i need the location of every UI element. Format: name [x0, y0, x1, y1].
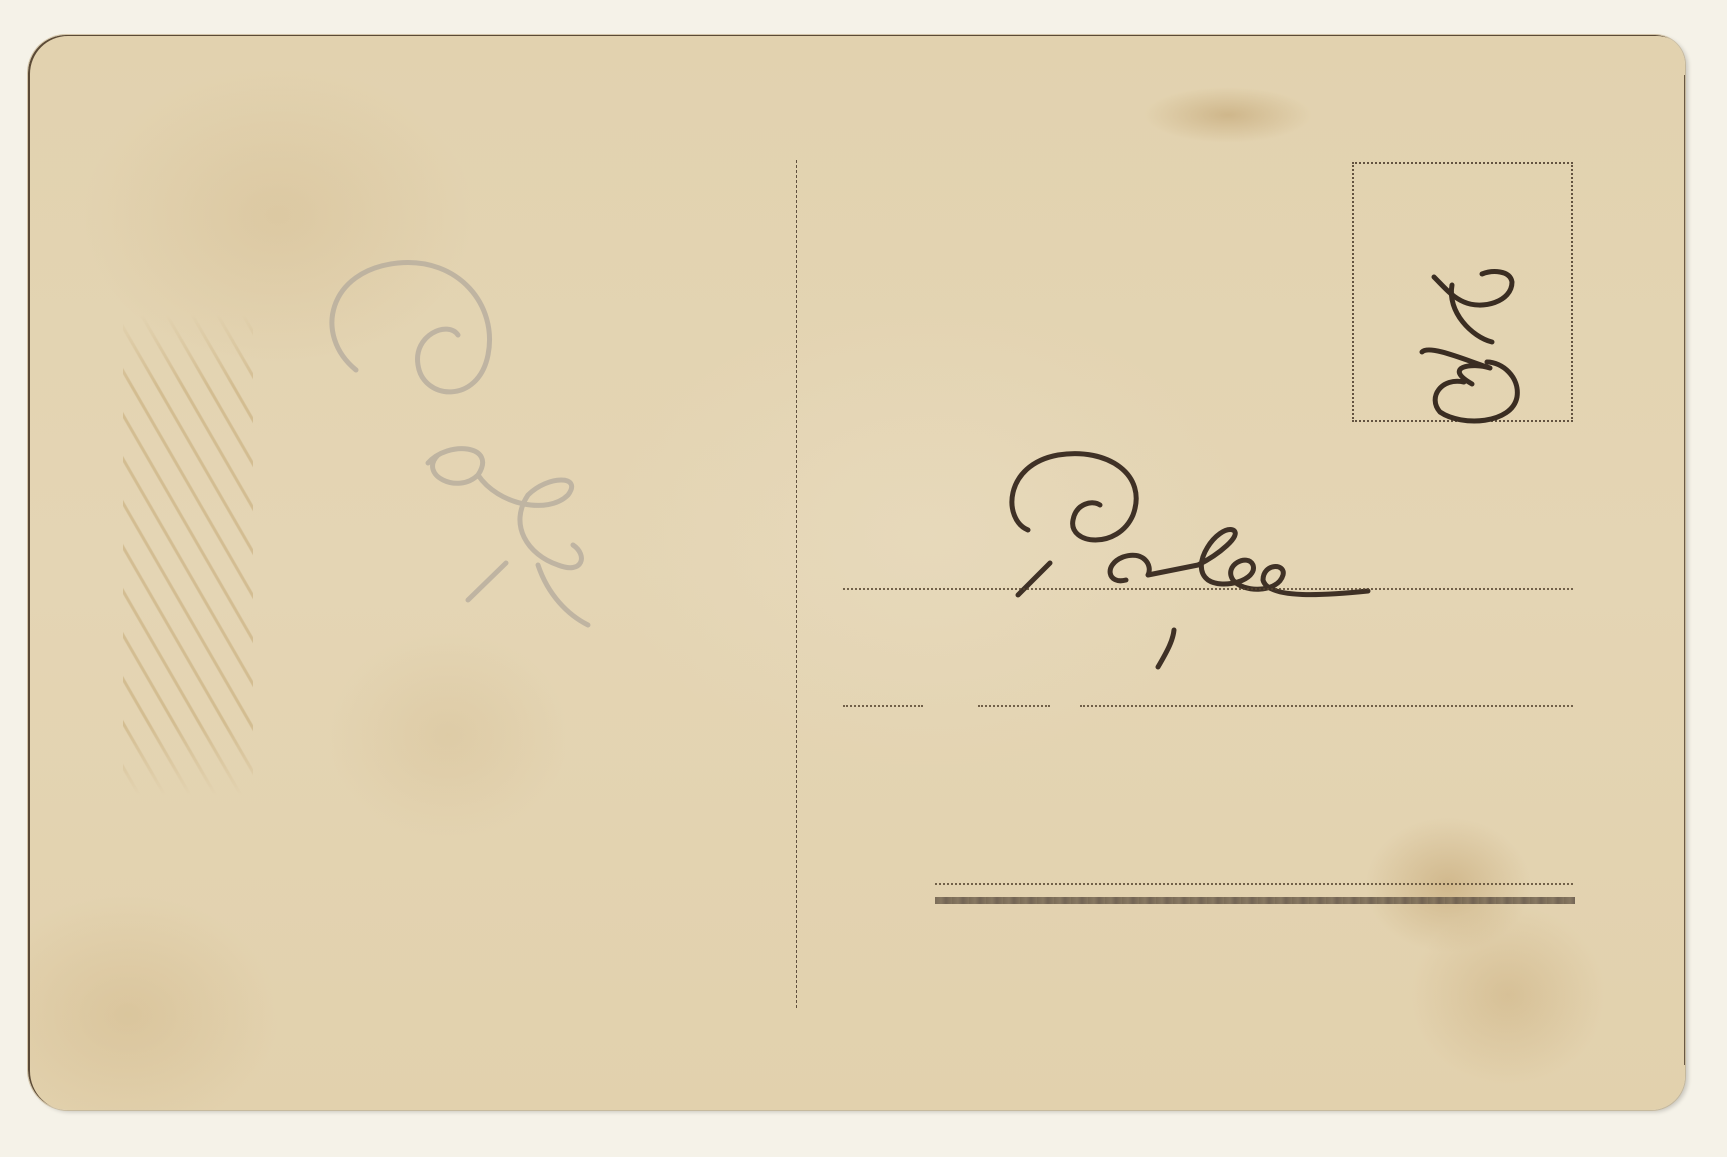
- address-line-2-segment-b: [978, 705, 1050, 707]
- address-line-2-segment-a: [843, 705, 923, 707]
- address-underline-bar: [935, 897, 1575, 904]
- address-line-1: [843, 588, 1573, 590]
- scan-background: Pola 50: [0, 0, 1727, 1157]
- address-line-2-segment-c: [1080, 705, 1573, 707]
- postcard: Pola 50: [28, 35, 1685, 1110]
- recipient-handwriting: [28, 35, 1685, 1110]
- address-line-3: [935, 883, 1573, 885]
